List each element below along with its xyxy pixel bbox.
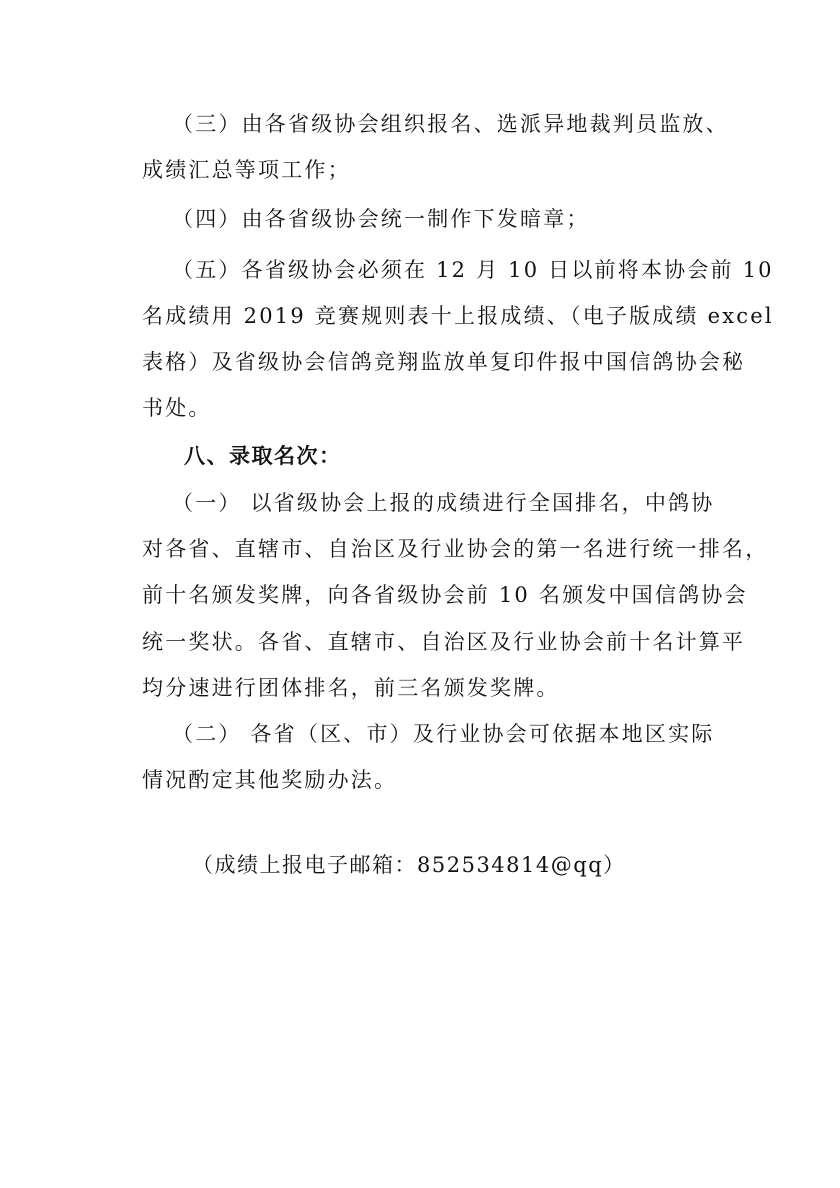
item-5-line-2: 名成绩用 2019 竞赛规则表十上报成绩、（电子版成绩 excel — [142, 299, 717, 333]
item-5-line-1: （五）各省级协会必须在 12 月 10 日以前将本协会前 10 — [172, 253, 747, 287]
ranking-1-line-3: 前十名颁发奖牌，向各省级协会前 10 名颁发中国信鸽协会 — [142, 578, 717, 612]
section-heading: 八、录取名次： — [184, 439, 759, 473]
ranking-2-line-1: （二） 各省（区、市）及行业协会可依据本地区实际 — [172, 717, 747, 751]
ranking-1-line-5: 均分速进行团体排名，前三名颁发奖牌。 — [142, 671, 717, 705]
ranking-1-line-2: 对各省、直辖市、自治区及行业协会的第一名进行统一排名， — [142, 532, 717, 566]
ranking-1-line-1: （一） 以省级协会上报的成绩进行全国排名，中鸽协 — [172, 486, 747, 520]
item-3-line-1: （三）由各省级协会组织报名、选派异地裁判员监放、 — [172, 107, 747, 141]
item-4-line-1: （四）由各省级协会统一制作下发暗章； — [172, 202, 747, 236]
email-note: （成绩上报电子邮箱：852534814@qq） — [192, 848, 767, 882]
item-5-line-4: 书处。 — [142, 391, 717, 425]
item-3-line-2: 成绩汇总等项工作； — [142, 153, 717, 187]
ranking-2-line-2: 情况酌定其他奖励办法。 — [142, 763, 717, 797]
ranking-1-line-4: 统一奖状。各省、直辖市、自治区及行业协会前十名计算平 — [142, 625, 717, 659]
document-page: （三）由各省级协会组织报名、选派异地裁判员监放、 成绩汇总等项工作； （四）由各… — [0, 0, 840, 1188]
item-5-line-3: 表格）及省级协会信鸽竞翔监放单复印件报中国信鸽协会秘 — [142, 345, 717, 379]
